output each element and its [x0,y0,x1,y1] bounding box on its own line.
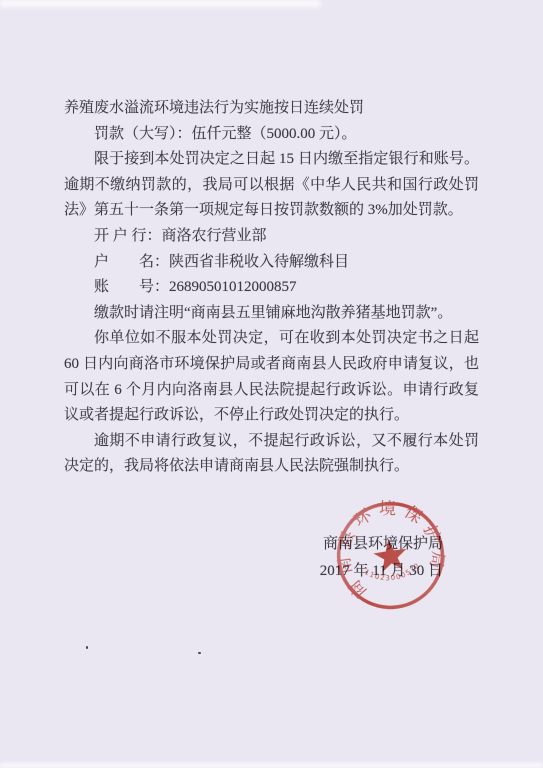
appeal-rights-paragraph: 你单位如不服本处罚决定，可在收到本处罚决定书之日起 60 日内向商洛市环境保护局… [64,326,479,428]
enforcement-paragraph: 逾期不申请行政复议，不提起行政诉讼，又不履行本处罚决定的，我局将依法申请商南县人… [64,429,479,480]
seal-star-icon [372,537,409,573]
document-body: 养殖废水溢流环境违法行为实施按日连续处罚 罚款（大写）：伍仟元整（5000.00… [64,96,479,480]
scanned-document-page: 养殖废水溢流环境违法行为实施按日连续处罚 罚款（大写）：伍仟元整（5000.00… [0,0,543,768]
scan-artifact-bottom-edge [0,763,543,768]
scan-artifact-top-edge [0,0,320,7]
official-seal-stamp: 商南县环境保护局 6110230005721 [327,492,455,620]
payment-deadline-paragraph: 限于接到本处罚决定之日起 15 日内缴至指定银行和账号。逾期不缴纳罚款的，我局可… [64,147,479,224]
official-seal-graphic: 商南县环境保护局 6110230005721 [327,492,455,620]
account-holder-line: 户 名：陕西省非税收入待解缴科目 [64,250,479,276]
document-title-line: 养殖废水溢流环境违法行为实施按日连续处罚 [64,96,479,122]
scan-speck [86,646,88,649]
bank-name-line: 开 户 行：商洛农行营业部 [64,224,479,250]
scan-speck [198,652,201,654]
account-number-line: 账 号：26890501012000857 [64,275,479,301]
payment-note-line: 缴款时请注明“商南县五里铺麻地沟散养猪基地罚款”。 [64,301,479,327]
fine-amount-line: 罚款（大写）：伍仟元整（5000.00 元）。 [64,122,479,148]
